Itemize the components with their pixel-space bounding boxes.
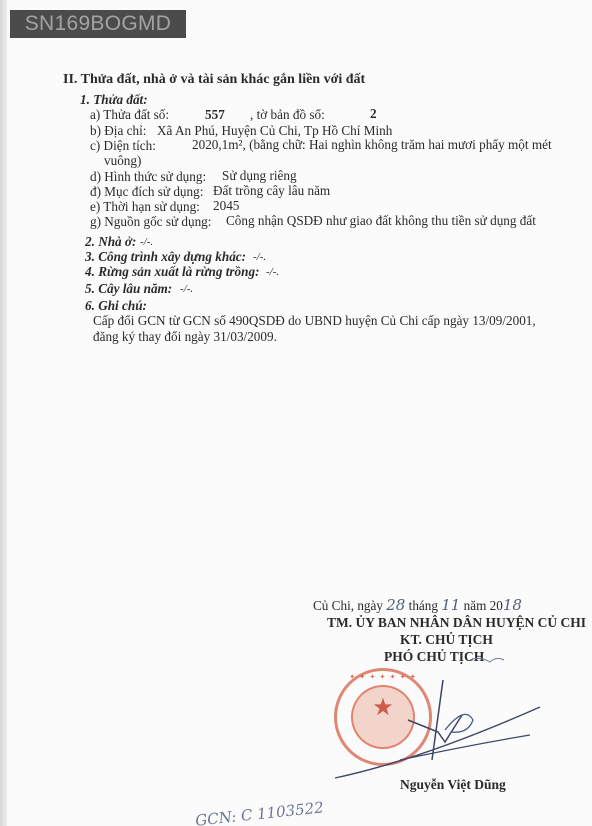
signature-strokes [0, 0, 592, 826]
signer-name: Nguyễn Việt Dũng [400, 777, 506, 793]
certificate-page: II. Thửa đất, nhà ở và tài sản khác gắn … [0, 0, 592, 826]
